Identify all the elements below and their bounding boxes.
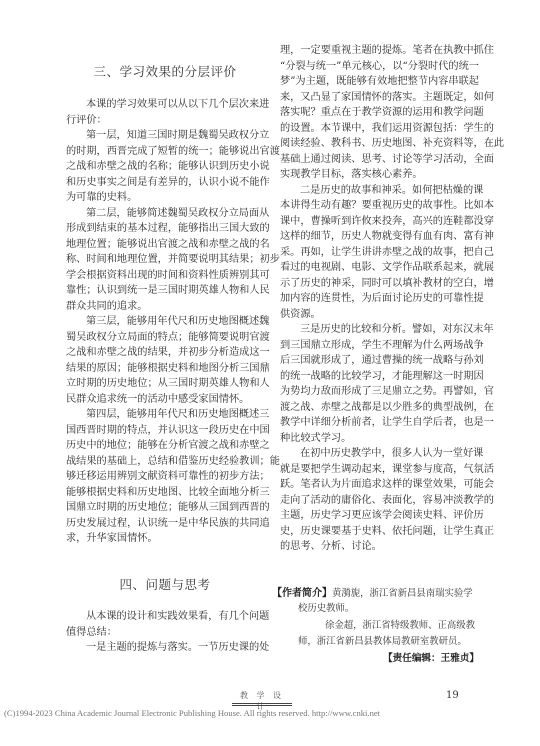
paragraph-line: 称、时间和地理位置，并简要说明其结果；初步 — [66, 252, 264, 268]
paragraph-line: 就是要把学生调动起来，课堂参与度高，气氛活 — [280, 462, 479, 478]
paragraph-line: 主题，历史学习更应该学会阅读史料、评价历 — [280, 508, 479, 524]
paragraph-line: 加内容的连贯性，为后面讨论历史的可靠性提 — [280, 291, 479, 307]
author1-line1: 黄漪旎，浙江省新昌县南瑞实验学 — [332, 588, 473, 599]
paragraph-line: 的统一战略的比较学习，才能理解这一时期因 — [280, 369, 479, 385]
paragraph-line: 战结果的基础上，总结和借鉴历史经验教训；能 — [66, 454, 264, 470]
paragraph-line: 渡之战、赤壁之战都是以少胜多的典型战例，在 — [280, 400, 479, 416]
paragraph-line: 的设置。本节课中，我们运用资源包括：学生的 — [280, 121, 479, 137]
section-heading-problems-reflection: 四、问题与思考 — [66, 577, 264, 593]
paragraph-line: “分裂与统一”单元核心，以“分裂时代的统一 — [280, 59, 479, 75]
paragraph-line: 的思考、分析、讨论。 — [280, 539, 479, 555]
paragraph-line: 种比较式学习。 — [280, 431, 479, 447]
paragraph-line: 后三国就形成了，通过曹操的统一战略与孙刘 — [280, 353, 479, 369]
author-bio-first: 【作者简介】黄漪旎，浙江省新昌县南瑞实验学 — [272, 586, 473, 601]
paragraph-line: 的时期，西晋完成了短暂的统一；能够说出官渡 — [66, 144, 264, 160]
paragraph-line: 到三国鼎立形成，学生不理解为什么两场战争 — [280, 338, 479, 354]
paragraph-line: 来，又凸显了家国情怀的落实。主题既定，如何 — [280, 90, 479, 106]
paragraph-line: 课中，曹操听到许攸来投奔，高兴的连鞋都没穿 — [280, 214, 479, 230]
paragraph-line: 形成到结束的基本过程，能够指出三国大致的 — [66, 221, 264, 237]
paragraph-line: 本讲得生动有趣？要重视历史的故事性。比如本 — [280, 198, 479, 214]
paragraph-line: 之战和赤壁之战的名称；能够认识到历史小说 — [66, 159, 264, 175]
paragraph-line: 理，一定要重视主题的提炼。笔者在执教中抓住 — [280, 43, 479, 59]
footer-rule-top — [232, 703, 292, 704]
paragraph-line: 采。再如，让学生讲讲赤壁之战的故事，把自己 — [280, 245, 479, 261]
section-heading-learning-evaluation: 三、学习效果的分层评价 — [66, 64, 264, 80]
paragraph-line: 二是历史的故事和神采。如何把枯燥的课 — [280, 183, 479, 199]
paragraph-line: 历史发展过程，认识统一是中华民族的共同追 — [66, 516, 264, 532]
paragraph-line: 第三层，能够用年代尺和历史地图概述魏 — [66, 314, 264, 330]
paragraph-line: 行评价： — [66, 113, 264, 129]
paragraph-line: 为可靠的史料。 — [66, 190, 264, 206]
paragraph-line: 供资源。 — [280, 307, 479, 323]
author-bio-label: 【作者简介】 — [272, 588, 332, 599]
paragraph-line: 值得总结： — [66, 625, 264, 641]
paragraph-line: 教学中详细分析前者，让学生自学后者，也是一 — [280, 415, 479, 431]
paragraph-line: 实现教学目标，落实核心素养。 — [280, 167, 479, 183]
paragraph-line: 历史中的地位；能够在分析官渡之战和赤壁之 — [66, 438, 264, 454]
paragraph-line: 落实呢？重点在于教学资源的运用和教学问题 — [280, 105, 479, 121]
paragraph-line: 能够根据史料和历史地图、比较全面地分析三 — [66, 485, 264, 501]
paragraph-line: 立时期的历史地位；从三国时期英雄人物和人 — [66, 376, 264, 392]
paragraph-line: 群众共同的追求。 — [66, 299, 264, 315]
paragraph-line: 示了历史的神采，同时可以填补教材的空白，增 — [280, 276, 479, 292]
paragraph-line: 跃。笔者认为片面追求这样的课堂效果，可能会 — [280, 477, 479, 493]
paragraph-line: 阅读经验、教科书、历史地图、补充资料等，在此 — [280, 136, 479, 152]
paragraph-line: 从本课的设计和实践效果看，有几个问题 — [66, 609, 264, 625]
paragraph-line: 国西晋时期的特点，并认识这一段历史在中国 — [66, 423, 264, 439]
paragraph-line: 梦”为主题，既能够有效地把整节内容串联起 — [280, 74, 479, 90]
paragraph-line: 在初中历史教学中，很多人认为一堂好课 — [280, 446, 479, 462]
paragraph-line: 和历史事实之间是有差异的，认识小说不能作 — [66, 175, 264, 191]
paragraph-line: 国鼎立时期的历史地位；能够从三国到西晋的 — [66, 500, 264, 516]
paragraph-line: 蜀吴政权分立局面的特点；能够简要说明官渡 — [66, 330, 264, 346]
copyright-notice: (C)1994-2023 China Academic Journal Elec… — [4, 708, 536, 718]
paragraph-line: 一是主题的提炼与落实。一节历史课的处 — [66, 640, 264, 656]
paragraph-line: 三是历史的比较和分析。譬如，对东汉末年 — [280, 322, 479, 338]
paragraph-line: 第四层，能够用年代尺和历史地图概述三 — [66, 407, 264, 423]
author2-line2: 师，浙江省新昌县教体局教研室教研员。 — [298, 634, 467, 649]
author1-line2: 校历史教师。 — [298, 601, 354, 616]
paragraph-line: 结果的原因；能够根据史料和地图分析三国鼎 — [66, 361, 264, 377]
paragraph-line: 这样的细节，历史人物就变得有血有肉、富有神 — [280, 229, 479, 245]
author2-line1: 徐金超，浙江省特级教师、正高级教 — [325, 618, 475, 633]
responsible-editor: 【责任编辑：王雅贞】 — [383, 650, 479, 664]
paragraph-line: 第一层，知道三国时期是魏蜀吴政权分立 — [66, 128, 264, 144]
paragraph-line: 本课的学习效果可以从以下几个层次来进 — [66, 97, 264, 113]
paragraph-line: 基础上通过阅读、思考、讨论等学习活动，全面 — [280, 152, 479, 168]
paragraph-line: 走向了活动的庸俗化、表面化，容易冲淡教学的 — [280, 493, 479, 509]
paragraph-line: 史，历史课要基于史料、依托问题，让学生真正 — [280, 524, 479, 540]
page-number: 19 — [446, 690, 459, 701]
paragraph-line: 之战和赤壁之战的结果，并初步分析造成这一 — [66, 345, 264, 361]
paragraph-line: 第二层，能够简述魏蜀吴政权分立局面从 — [66, 206, 264, 222]
paragraph-line: 地理位置；能够说出官渡之战和赤壁之战的名 — [66, 237, 264, 253]
paragraph-line: 求，升华家国情怀。 — [66, 531, 264, 547]
paragraph-line: 为势均力敌而形成了三足鼎立之势。再譬如，官 — [280, 384, 479, 400]
paragraph-line: 看过的电视剧、电影、文学作品联系起来，就展 — [280, 260, 479, 276]
paragraph-line: 民群众追求统一的活动中感受家国情怀。 — [66, 392, 264, 408]
footer-rule-bottom — [232, 705, 292, 706]
paragraph-line: 够迁移运用辨别文献资料可靠性的初步方法； — [66, 469, 264, 485]
paragraph-line: 学会根据资料出现的时间和资料性质辨别其可 — [66, 268, 264, 284]
paragraph-line: 靠性；认识到统一是三国时期英雄人物和人民 — [66, 283, 264, 299]
